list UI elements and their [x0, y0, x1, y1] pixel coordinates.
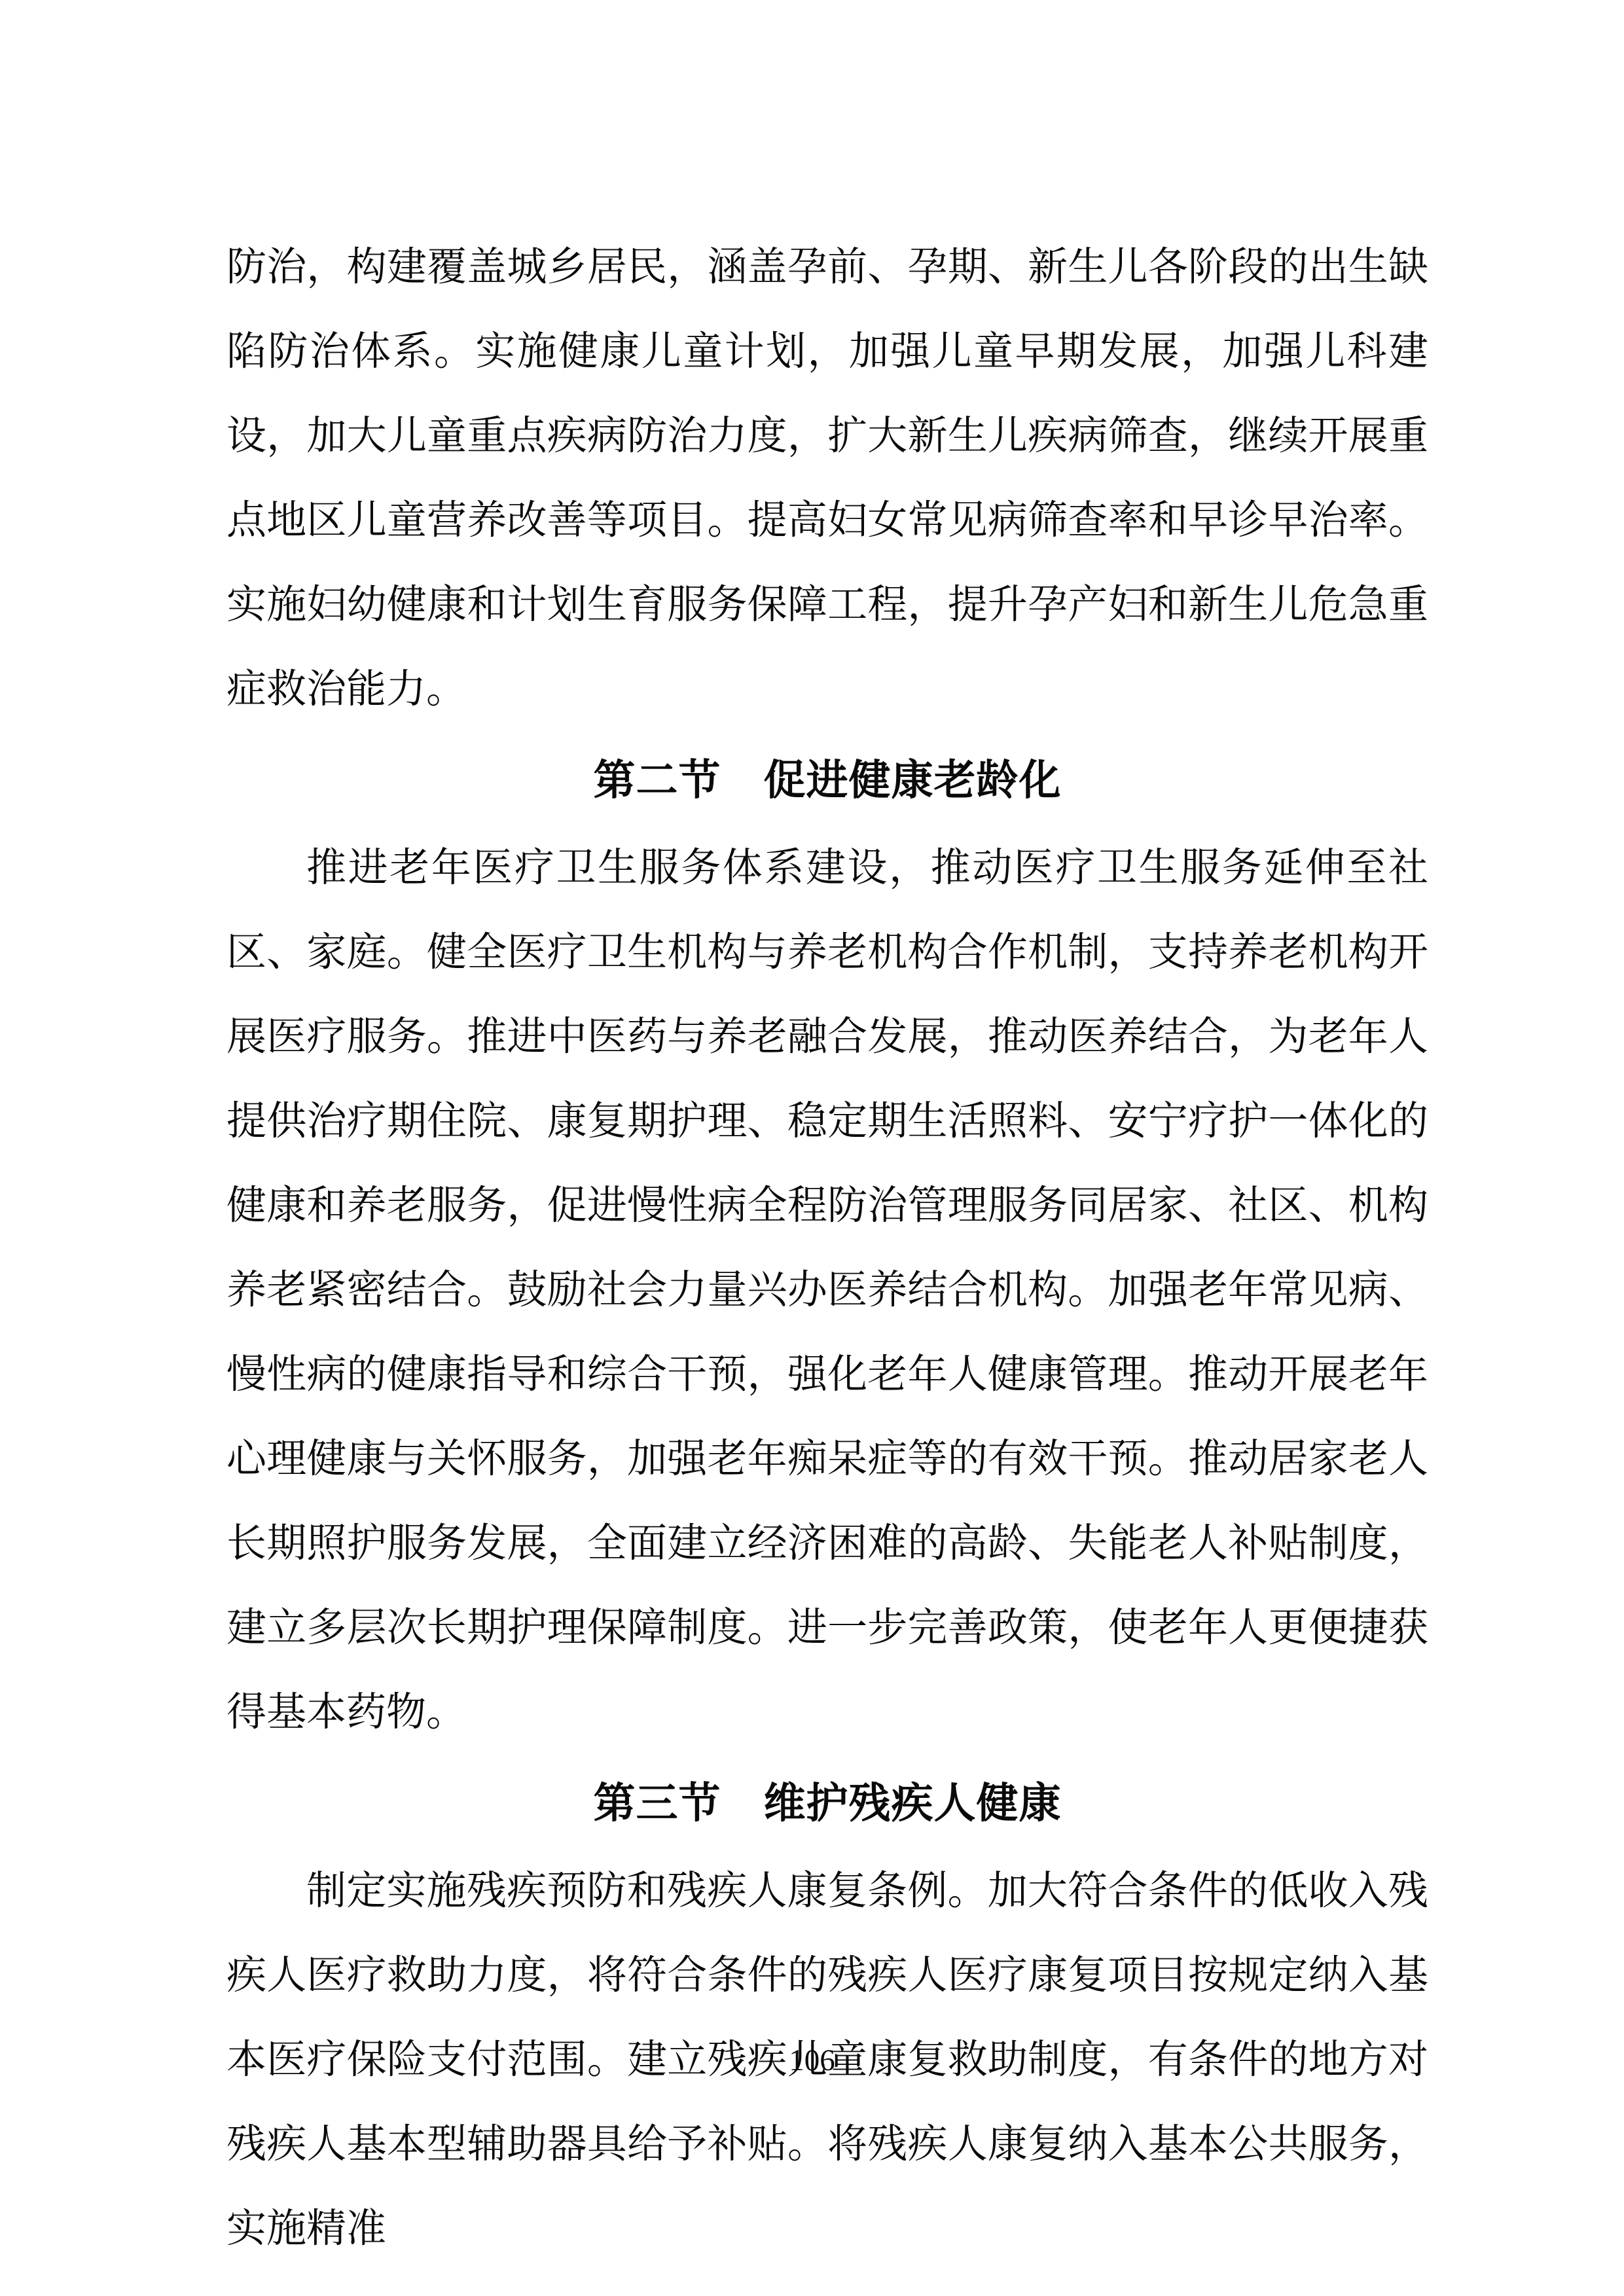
page-content: 防治，构建覆盖城乡居民，涵盖孕前、孕期、新生儿各阶段的出生缺陷防治体系。实施健康…: [226, 225, 1428, 2271]
section-heading-disabled-health: 第三节 维护残疾人健康: [226, 1764, 1428, 1844]
body-paragraph-elderly-health: 推进老年医疗卫生服务体系建设，推动医疗卫生服务延伸至社区、家庭。健全医疗卫生机构…: [226, 826, 1428, 1755]
page-number: 106: [0, 2041, 1624, 2080]
section-heading-healthy-aging: 第二节 促进健康老龄化: [226, 741, 1428, 821]
body-paragraph-birth-defects: 防治，构建覆盖城乡居民，涵盖孕前、孕期、新生儿各阶段的出生缺陷防治体系。实施健康…: [226, 225, 1428, 732]
document-page: 防治，构建覆盖城乡居民，涵盖孕前、孕期、新生儿各阶段的出生缺陷防治体系。实施健康…: [0, 0, 1624, 2296]
